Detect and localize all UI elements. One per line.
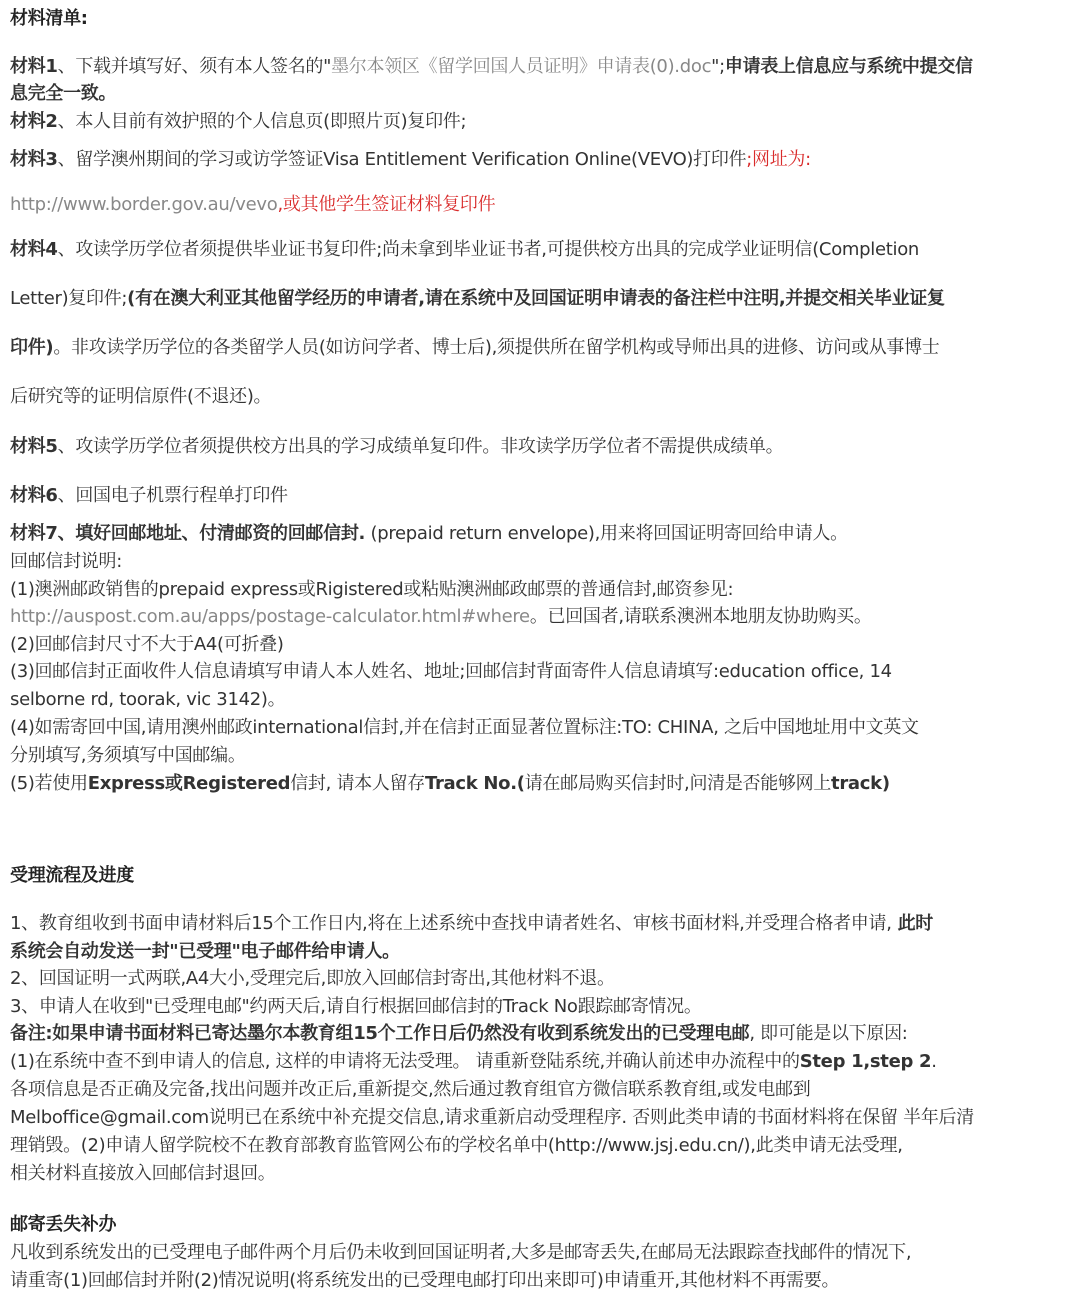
process-heading: 受理流程及进度 <box>10 864 1076 888</box>
lost-mail-line1: 凡收到系统发出的已受理电子邮件两个月后仍未收到回国证明者,大多是邮寄丢失,在邮局… <box>10 1241 1076 1265</box>
material-4-bold-note: (有在澳大利亚其他留学经历的申请者,请在系统中及回国证明申请表的备注栏中注明,并… <box>127 288 945 309</box>
vevo-link[interactable]: http://www.border.gov.au/vevo <box>10 194 277 215</box>
material-4-letter: Letter)复印件; <box>10 288 127 309</box>
envelope-item-5: (5)若使用Express或Registered信封, 请本人留存Track N… <box>10 772 1076 796</box>
envelope-item-1-note: 。已回国者,请联系澳洲本地朋友协助购买。 <box>530 606 872 627</box>
material-1-label: 材料1 <box>10 56 58 77</box>
material-5: 材料5、攻读学历学位者须提供校方出具的学习成绩单复印件。非攻读学历学位者不需提供… <box>10 435 1076 459</box>
material-7-text: (prepaid return envelope),用来将回国证明寄回给申请人。 <box>365 523 848 544</box>
process-step-2: 2、回国证明一式两联,A4大小,受理完后,即放入回邮信封寄出,其他材料不退。 <box>10 967 1076 991</box>
material-6-label: 材料6 <box>10 485 58 506</box>
note-rest: , 即可能是以下原因: <box>749 1023 907 1044</box>
material-1-bold-note: 申请表上信息应与系统中提交信 <box>725 56 973 77</box>
material-7: 材料7、填好回邮地址、付清邮资的回邮信封. (prepaid return en… <box>10 522 1076 546</box>
envelope-item-3-line2: selborne rd, toorak, vic 3142)。 <box>10 688 1076 712</box>
reason-2-line2: 相关材料直接放入回邮信封退回。 <box>10 1162 1076 1186</box>
material-3-line2: http://www.border.gov.au/vevo,或其他学生签证材料复… <box>10 193 1076 217</box>
envelope-item-2: (2)回邮信封尺寸不大于A4(可折叠) <box>10 633 1076 657</box>
envelope-item-1: (1)澳洲邮政销售的prepaid express或Rigistered或粘贴澳… <box>10 578 1076 602</box>
auspost-calculator-link[interactable]: http://auspost.com.au/apps/postage-calcu… <box>10 606 530 627</box>
material-3-label: 材料3 <box>10 149 58 170</box>
reason-1-line3: Melboffice@gmail.com说明已在系统中补充提交信息,请求重新启动… <box>10 1106 1076 1130</box>
process-step-3: 3、申请人在收到"已受理电邮"约两天后,请自行根据回邮信封的Track No跟踪… <box>10 995 1076 1019</box>
lost-mail-line2: 请重寄(1)回邮信封并附(2)情况说明(将系统发出的已受理电邮打印出来即可)申请… <box>10 1269 1076 1293</box>
material-2-label: 材料2 <box>10 111 58 132</box>
material-5-text: 、攻读学历学位者须提供校方出具的学习成绩单复印件。非攻读学历学位者不需提供成绩单… <box>58 436 784 457</box>
envelope-item-4-line2: 分别填写,务须填写中国邮编。 <box>10 744 1076 768</box>
process-note: 备注:如果申请书面材料已寄达墨尔本教育组15个工作日后仍然没有收到系统发出的已受… <box>10 1022 1076 1046</box>
material-4-bold-end: 印件) <box>10 337 53 358</box>
material-3-url-label: ;网址为: <box>746 149 811 170</box>
material-4-nondegree: 。非攻读学历学位的各类留学人员(如访问学者、博士后),须提供所在留学机构或导师出… <box>53 337 939 358</box>
reason1-steps: Step 1,step 2 <box>800 1051 932 1072</box>
reason-2-line1: 理销毁。(2)申请人留学院校不在教育部教育监管网公布的学校名单中(http://… <box>10 1134 1076 1158</box>
material-6-text: 、回国电子机票行程单打印件 <box>58 485 288 506</box>
reason-1-line2: 各项信息是否正确及完备,找出问题并改正后,重新提交,然后通过教育组官方微信联系教… <box>10 1078 1076 1102</box>
material-4-line3: 印件)。非攻读学历学位的各类留学人员(如访问学者、博士后),须提供所在留学机构或… <box>10 336 1076 360</box>
lost-mail-heading: 邮寄丢失补办 <box>10 1213 1076 1237</box>
material-7-label: 材料7 <box>10 523 58 544</box>
material-2: 材料2、本人目前有效护照的个人信息页(即照片页)复印件; <box>10 110 1076 134</box>
item5-f: track) <box>831 773 890 794</box>
material-4-line1: 材料4、攻读学历学位者须提供毕业证书复印件;尚未拿到毕业证书者,可提供校方出具的… <box>10 238 1076 262</box>
item5-b: Express或Registered <box>88 773 291 794</box>
materials-heading: 材料清单: <box>10 7 1076 31</box>
envelope-instructions-title: 回邮信封说明: <box>10 550 1076 574</box>
material-3-text: 、留学澳州期间的学习或访学签证Visa Entitlement Verifica… <box>58 149 747 170</box>
envelope-item-4-line1: (4)如需寄回中国,请用澳州邮政international信封,并在信封正面显著… <box>10 716 1076 740</box>
material-3-alt-text: ,或其他学生签证材料复印件 <box>277 194 495 215</box>
step1-text: 1、教育组收到书面申请材料后15个工作日内,将在上述系统中查找申请者姓名、审核书… <box>10 913 892 934</box>
process-step-1-line2: 系统会自动发送一封"已受理"电子邮件给申请人。 <box>10 940 1076 964</box>
reason1-b: . <box>931 1051 936 1072</box>
envelope-item-1-line2: http://auspost.com.au/apps/postage-calcu… <box>10 605 1076 629</box>
step1-bold: 此时 <box>892 913 933 934</box>
material-1-text: 、下载并填写好、须有本人签名的" <box>58 56 331 77</box>
application-form-doc-link[interactable]: 墨尔本领区《留学回国人员证明》申请表(0).doc <box>331 56 711 77</box>
material-1-line2: 息完全一致。 <box>10 82 1076 106</box>
material-7-bold-text: 、填好回邮地址、付清邮资的回邮信封. <box>58 523 365 544</box>
item5-a: (5)若使用 <box>10 773 88 794</box>
reason1-a: (1)在系统中查不到申请人的信息, 这样的申请将无法受理。 请重新登陆系统,并确… <box>10 1051 800 1072</box>
material-4-line2: Letter)复印件;(有在澳大利亚其他留学经历的申请者,请在系统中及回国证明申… <box>10 287 1076 311</box>
material-6: 材料6、回国电子机票行程单打印件 <box>10 484 1076 508</box>
material-5-label: 材料5 <box>10 436 58 457</box>
material-1-quote: "; <box>711 56 725 77</box>
material-3-line1: 材料3、留学澳州期间的学习或访学签证Visa Entitlement Verif… <box>10 148 1076 172</box>
material-4-text: 、攻读学历学位者须提供毕业证书复印件;尚未拿到毕业证书者,可提供校方出具的完成学… <box>58 239 919 260</box>
material-4-line4: 后研究等的证明信原件(不退还)。 <box>10 385 1076 409</box>
material-2-text: 、本人目前有效护照的个人信息页(即照片页)复印件; <box>58 111 467 132</box>
envelope-item-3-line1: (3)回邮信封正面收件人信息请填写申请人本人姓名、地址;回邮信封背面寄件人信息请… <box>10 660 1076 684</box>
material-4-label: 材料4 <box>10 239 58 260</box>
item5-d: Track No.( <box>425 773 525 794</box>
item5-e: 请在邮局购买信封时,问清是否能够网上 <box>525 773 831 794</box>
material-1-line1: 材料1、下载并填写好、须有本人签名的"墨尔本领区《留学回国人员证明》申请表(0)… <box>10 55 1076 79</box>
note-bold: 备注:如果申请书面材料已寄达墨尔本教育组15个工作日后仍然没有收到系统发出的已受… <box>10 1023 749 1044</box>
process-step-1-line1: 1、教育组收到书面申请材料后15个工作日内,将在上述系统中查找申请者姓名、审核书… <box>10 912 1076 936</box>
reason-1-line1: (1)在系统中查不到申请人的信息, 这样的申请将无法受理。 请重新登陆系统,并确… <box>10 1050 1076 1074</box>
item5-c: 信封, 请本人留存 <box>290 773 425 794</box>
